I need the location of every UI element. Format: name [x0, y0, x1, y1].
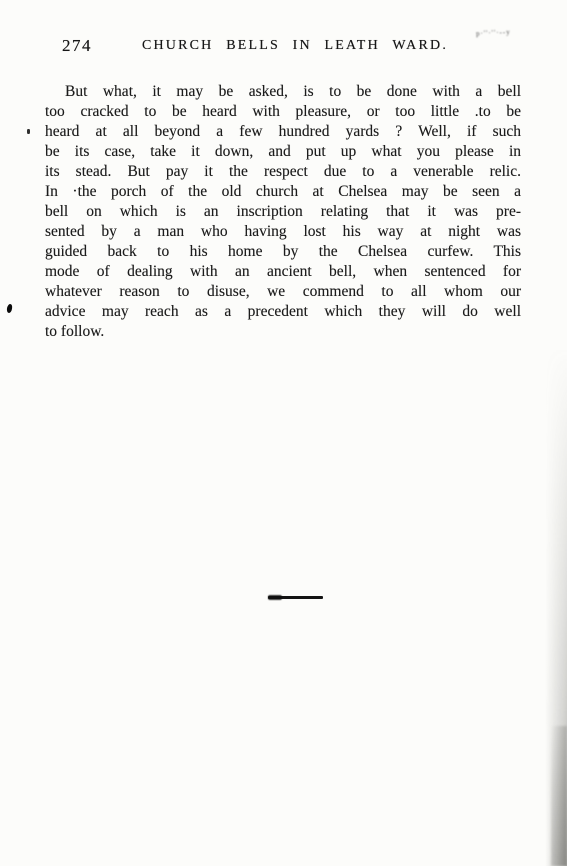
- text-line: whatever reason to disuse, we commend to…: [45, 282, 521, 302]
- text-line: advice may reach as a precedent which th…: [45, 302, 521, 322]
- text-line: bell on which is an inscription relating…: [45, 202, 521, 222]
- paragraph: But what, it may be asked, is to be done…: [45, 82, 521, 342]
- text-line: sented by a man who having lost his way …: [45, 222, 521, 242]
- ink-speck: [27, 129, 30, 134]
- ink-smudge: p·''·''·--y: [476, 28, 511, 38]
- text-line: its stead. But pay it the respect due to…: [45, 162, 521, 182]
- section-divider-rule: [268, 596, 323, 599]
- text-line: be its case, take it down, and put up wh…: [45, 142, 521, 162]
- text-line: heard at all beyond a few hundred yards …: [45, 122, 521, 142]
- scan-edge-shading: [545, 0, 567, 866]
- text-line: guided back to his home by the Chelsea c…: [45, 242, 521, 262]
- text-line: to follow.: [45, 322, 521, 342]
- text-line: In ·the porch of the old church at Chels…: [45, 182, 521, 202]
- scanned-page: 274 CHURCH BELLS IN LEATH WARD. p·''·''·…: [0, 0, 567, 866]
- ink-speck: [6, 304, 12, 314]
- text-line: too cracked to be heard with pleasure, o…: [45, 102, 521, 122]
- scan-corner-shading: [551, 726, 567, 866]
- text-line: But what, it may be asked, is to be done…: [45, 82, 521, 102]
- running-header-title: CHURCH BELLS IN LEATH WARD.: [45, 38, 521, 54]
- text-line: mode of dealing with an ancient bell, wh…: [45, 262, 521, 282]
